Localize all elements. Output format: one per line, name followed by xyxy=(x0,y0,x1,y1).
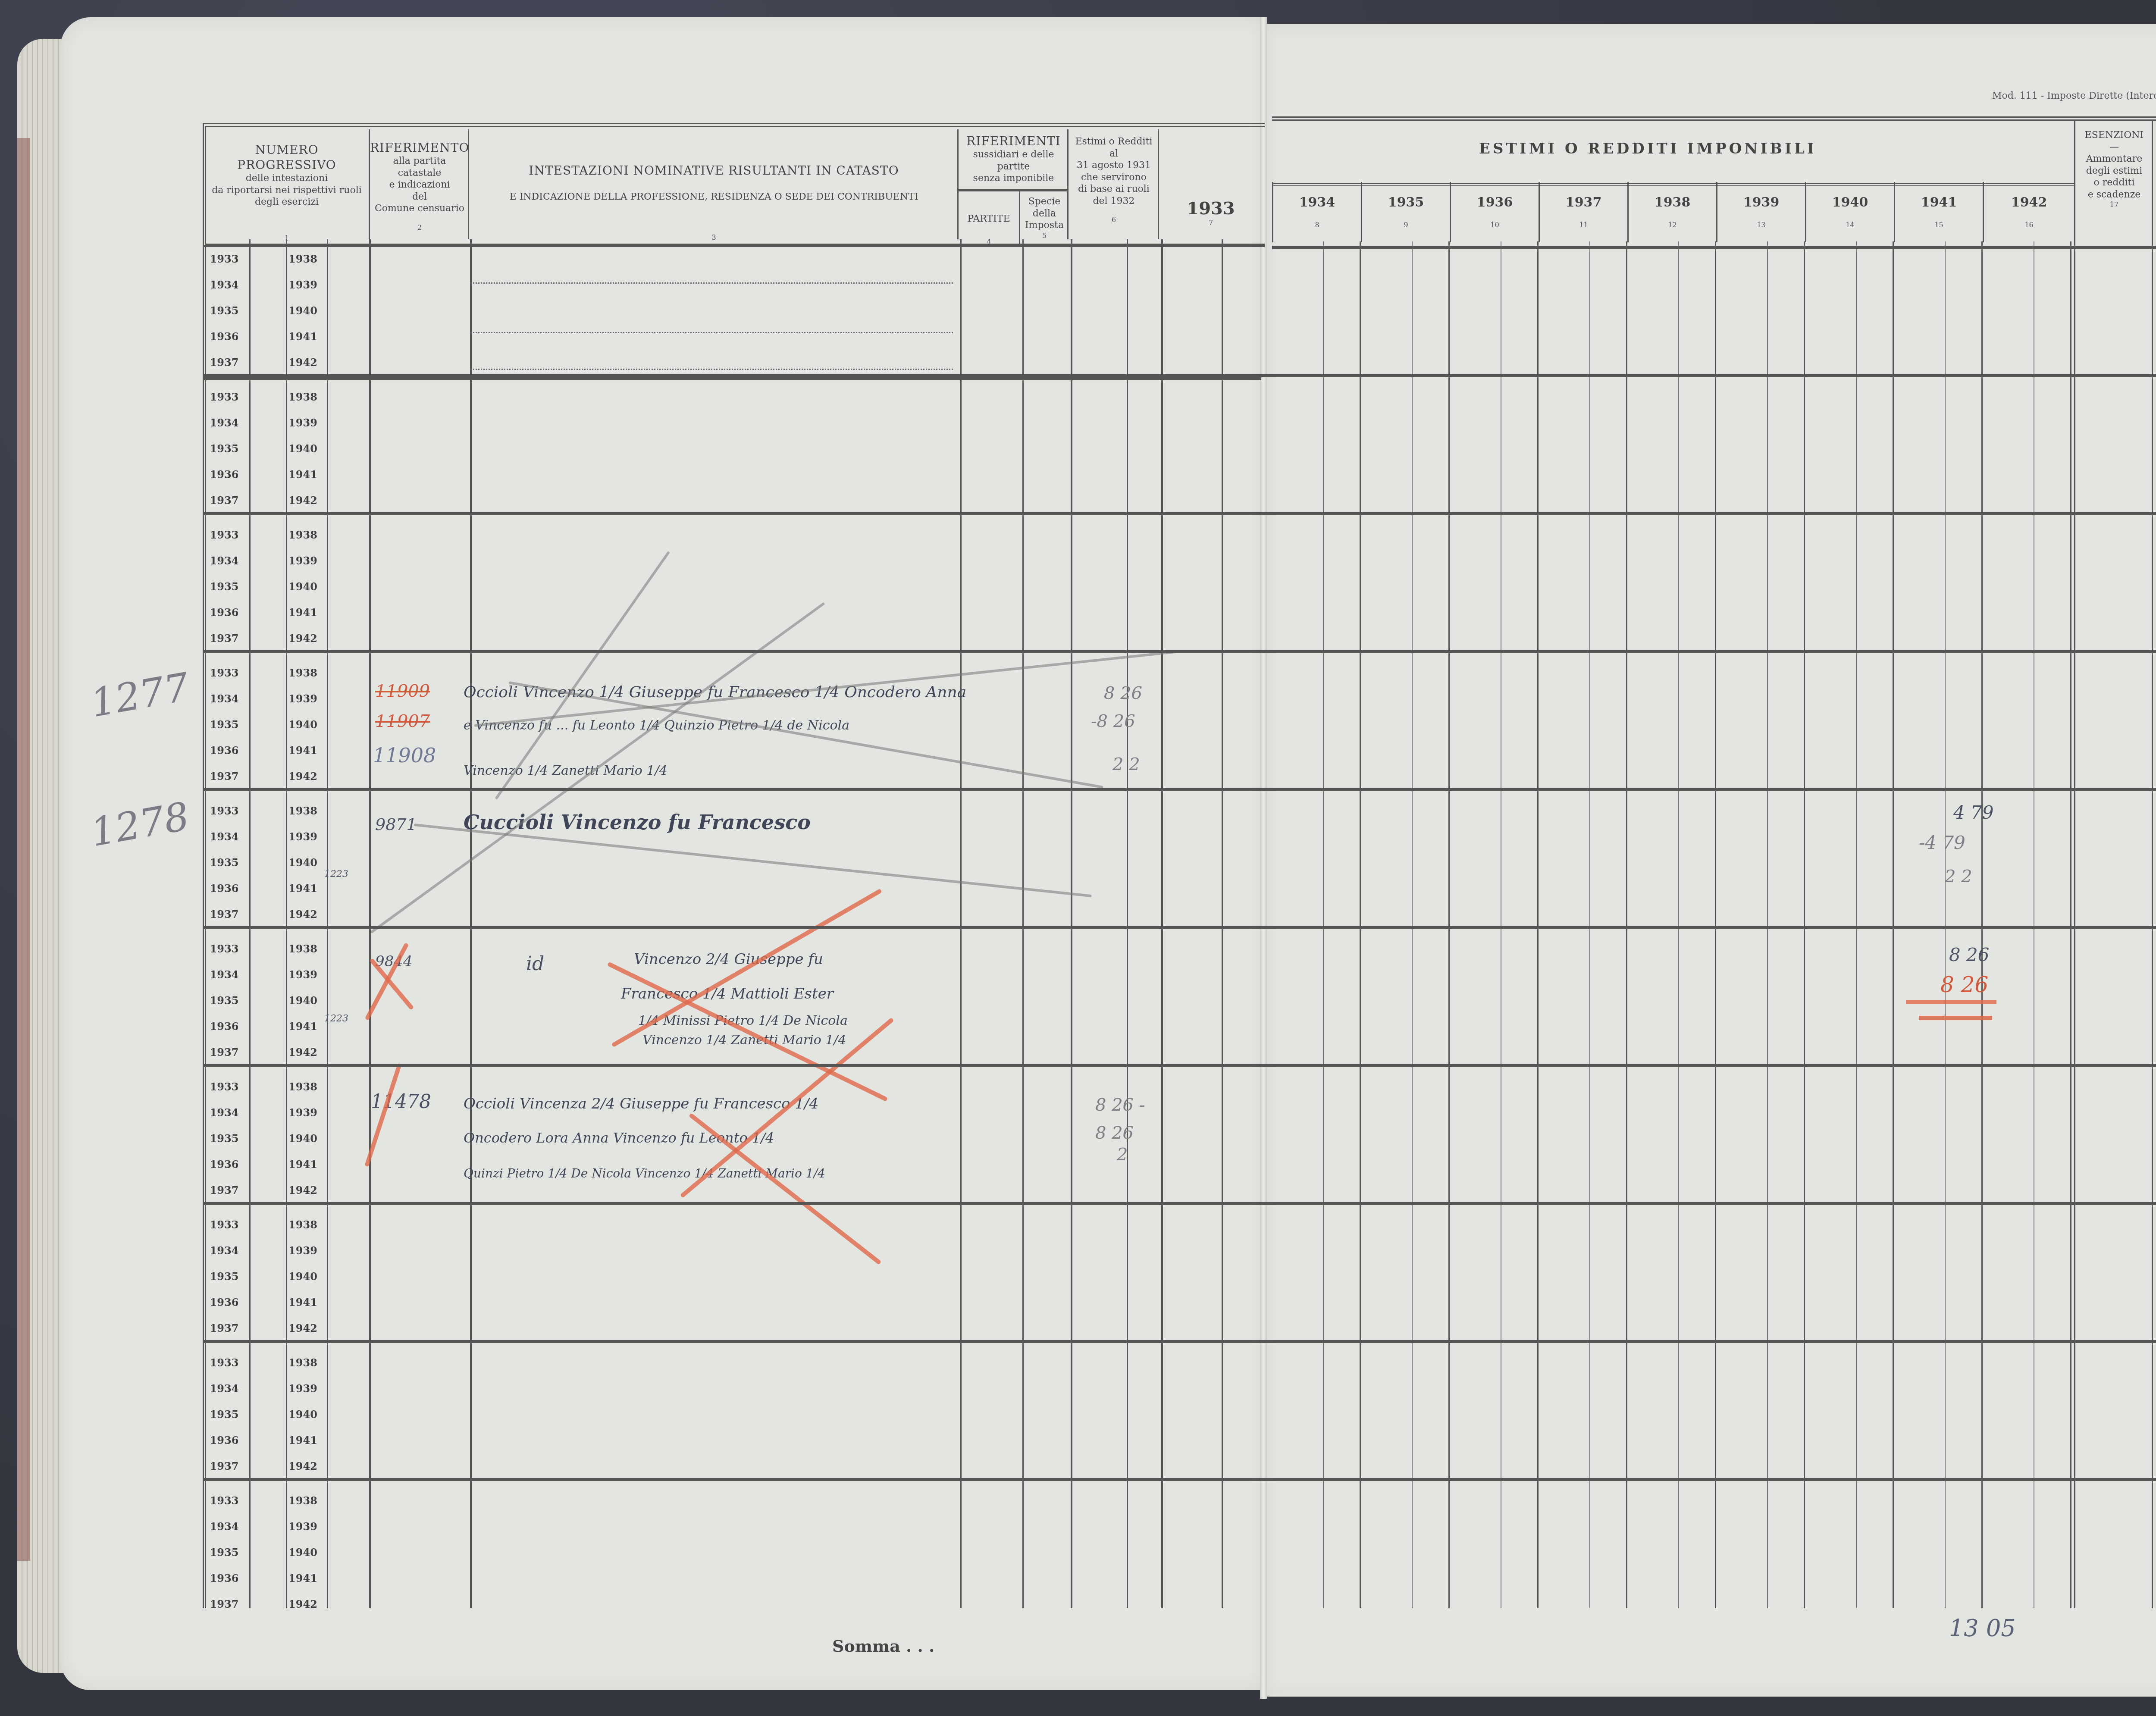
year-header-1942: 194216 xyxy=(1983,182,2074,242)
header-col6: Estimi o Redditi al 31 agosto 1931 che s… xyxy=(1067,129,1159,239)
entry5-value-1941-3: 2 2 xyxy=(1945,867,1972,886)
entry5-value-1941-1: 4 79 xyxy=(1953,802,1994,823)
entry5-value-1941-2: -4 79 xyxy=(1919,832,1965,853)
block-rules xyxy=(203,239,2156,1608)
header-col45: RIFERIMENTI sussidiari e delle partite s… xyxy=(957,129,1069,239)
entry6-value-1941-2: 8 26 xyxy=(1940,972,1988,997)
somma-1941-value: 13 05 xyxy=(1949,1615,2016,1642)
year-header-1936: 193610 xyxy=(1450,182,1539,242)
year-headers: 19348 19359 193610 193711 193812 193913 … xyxy=(1272,182,2074,242)
esenzioni-header: ESENZIONI — Ammontare degli estimi o red… xyxy=(2074,121,2153,246)
year-label-column xyxy=(203,239,367,1608)
annotazioni-header: ANNOTAZIONI 18 xyxy=(2152,121,2156,246)
entry6-red-underline xyxy=(1906,1000,1996,1004)
entry6-value-1941-1: 8 26 xyxy=(1949,944,1990,965)
header-col7: 1933 7 xyxy=(1158,129,1263,239)
year-header-1938: 193812 xyxy=(1627,182,1716,242)
year-header-1937: 193711 xyxy=(1539,182,1627,242)
year-header-1934: 19348 xyxy=(1272,182,1361,242)
year-header-1939: 193913 xyxy=(1716,182,1805,242)
form-code-label: Mod. 111 - Imposte Dirette (Intercalare)… xyxy=(1992,91,2156,101)
year-header-1941: 194115 xyxy=(1894,182,1983,242)
year-header-1940: 194014 xyxy=(1805,182,1894,242)
somma-label: Somma . . . xyxy=(832,1636,934,1656)
binding-strip xyxy=(17,138,30,1561)
year-header-1935: 19359 xyxy=(1361,182,1450,242)
header-col3: INTESTAZIONI NOMINATIVE RISULTANTI IN CA… xyxy=(468,129,959,239)
header-col2: RIFERIMENTO alla partita catastale e ind… xyxy=(369,129,469,239)
header-col1: NUMERO PROGRESSIVO delle intestazioni da… xyxy=(207,142,367,243)
estimi-title: ESTIMI O REDDITI IMPONIBILI xyxy=(1479,140,1817,157)
entry6-red-underline-2 xyxy=(1919,1016,1992,1020)
